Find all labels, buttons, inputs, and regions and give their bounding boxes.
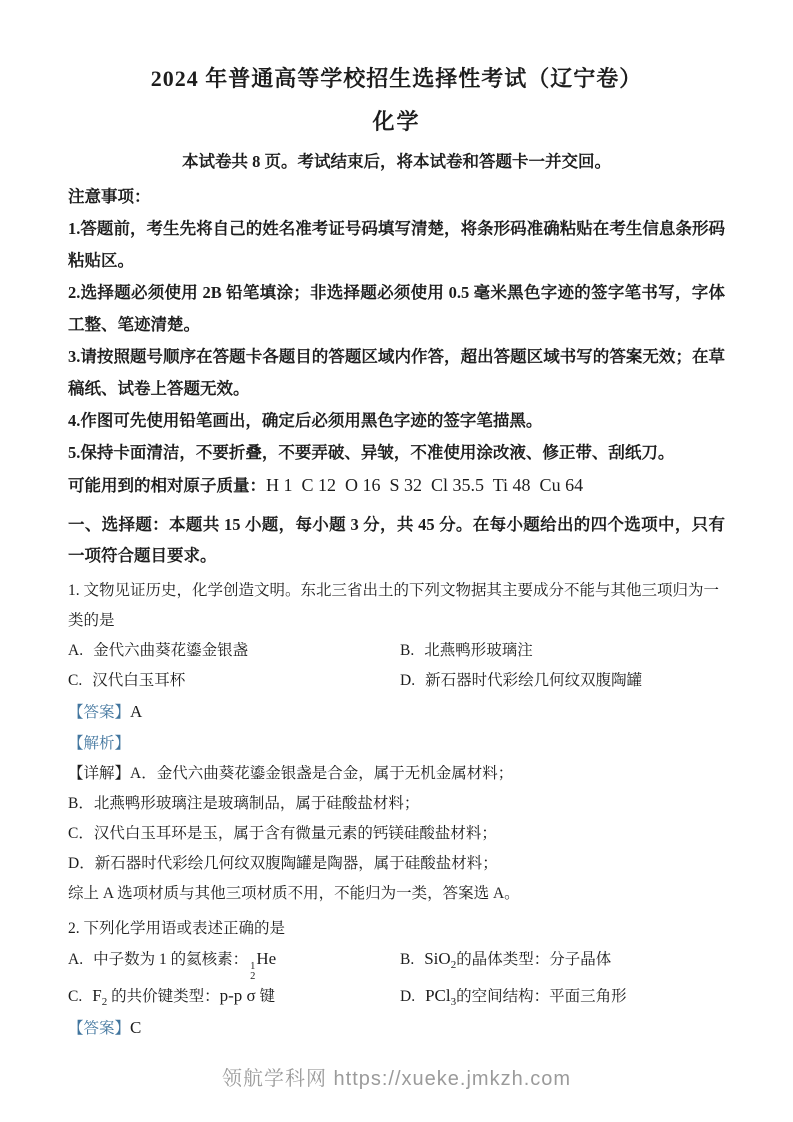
option-label: D. <box>400 672 415 689</box>
option-text: 北燕鸭形玻璃注 <box>424 642 533 659</box>
option-label: C. <box>68 988 82 1005</box>
subject-title: 化学 <box>68 107 725 137</box>
question-1-stem: 1. 文物见证历史，化学创造文明。东北三省出土的下列文物据其主要成分不能与其他三… <box>68 576 725 636</box>
option-label: B. <box>400 642 414 659</box>
option-text: 金代六曲葵花鎏金银盏 <box>93 642 248 659</box>
question-1-analysis-line: 【解析】 <box>68 729 725 759</box>
notices-section: 注意事项： 1.答题前，考生先将自己的姓名准考证号码填写清楚，将条形码准确粘贴在… <box>68 181 725 469</box>
analysis-marker: 【解析】 <box>68 735 130 752</box>
option-text: 新石器时代彩绘几何纹双腹陶罐 <box>425 672 642 689</box>
chemical-formula: He <box>256 949 276 968</box>
question-1-detail-b: B．北燕鸭形玻璃注是玻璃制品，属于硅酸盐材料； <box>68 789 725 819</box>
option-text: 的空间结构：平面三角形 <box>456 988 627 1005</box>
option-text: 键 <box>256 988 275 1005</box>
footer-watermark: 领航学科网 https://xueke.jmkzh.com <box>0 1062 793 1091</box>
option-label: A. <box>68 951 83 968</box>
notice-item-2: 2.选择题必须使用 2B 铅笔填涂；非选择题必须使用 0.5 毫米黑色字迹的签字… <box>68 277 725 341</box>
question-1-options-row-1: A.金代六曲葵花鎏金银盏 B.北燕鸭形玻璃注 <box>68 636 725 666</box>
option-text: 中子数为 1 的氦核素： <box>93 951 248 968</box>
option-label: A. <box>68 642 83 659</box>
document-content: 2024 年普通高等学校招生选择性考试（辽宁卷） 化学 本试卷共 8 页。考试结… <box>0 0 793 1044</box>
option-q1-c: C.汉代白玉耳杯 <box>68 666 400 696</box>
option-label: C. <box>68 672 82 689</box>
option-q2-d: D.PCl3的空间结构：平面三角形 <box>400 981 725 1012</box>
question-2-stem: 2. 下列化学用语或表述正确的是 <box>68 914 725 944</box>
atomic-mass-values: H 1 C 12 O 16 S 32 Cl 35.5 Ti 48 Cu 64 <box>266 475 583 495</box>
question-area: 1. 文物见证历史，化学创造文明。东北三省出土的下列文物据其主要成分不能与其他三… <box>68 576 725 1044</box>
chemical-formula: SiO <box>424 949 450 968</box>
notice-heading: 注意事项： <box>68 181 725 213</box>
option-text: 汉代白玉耳杯 <box>92 672 185 689</box>
exam-note: 本试卷共 8 页。考试结束后，将本试卷和答题卡一并交回。 <box>68 150 725 174</box>
chemical-formula: PCl <box>425 986 451 1005</box>
option-q1-b: B.北燕鸭形玻璃注 <box>400 636 725 666</box>
option-text: 的晶体类型：分子晶体 <box>456 951 611 968</box>
section-one-heading: 一、选择题：本题共 15 小题，每小题 3 分，共 45 分。在每小题给出的四个… <box>68 509 725 571</box>
question-1-conclusion: 综上 A 选项材质与其他三项材质不用，不能归为一类，答案选 A。 <box>68 879 725 909</box>
option-label: B. <box>400 951 414 968</box>
page-title: 2024 年普通高等学校招生选择性考试（辽宁卷） <box>68 64 725 94</box>
option-q1-a: A.金代六曲葵花鎏金银盏 <box>68 636 400 666</box>
question-1-detail-a: 【详解】A．金代六曲葵花鎏金银盏是合金，属于无机金属材料； <box>68 759 725 789</box>
option-label: D. <box>400 988 415 1005</box>
notice-item-1: 1.答题前，考生先将自己的姓名准考证号码填写清楚，将条形码准确粘贴在考生信息条形… <box>68 213 725 277</box>
option-q2-c: C.F2 的共价键类型：p-p σ 键 <box>68 981 400 1012</box>
option-q2-b: B.SiO2的晶体类型：分子晶体 <box>400 944 725 981</box>
answer-marker: 【答案】 <box>68 1020 130 1037</box>
answer-marker: 【答案】 <box>68 704 130 721</box>
detail-marker: 【详解】 <box>68 765 130 782</box>
option-text: 的共价键类型： <box>107 988 219 1005</box>
question-1-detail-d: D．新石器时代彩绘几何纹双腹陶罐是陶器，属于硅酸盐材料； <box>68 849 725 879</box>
exam-document-page: 2024 年普通高等学校招生选择性考试（辽宁卷） 化学 本试卷共 8 页。考试结… <box>0 0 793 1122</box>
answer-value: A <box>130 702 142 721</box>
atomic-mass-label: 可能用到的相对原子质量： <box>68 476 266 495</box>
notice-item-5: 5.保持卡面清洁，不要折叠，不要弄破、异皱，不准使用涂改液、修正带、刮纸刀。 <box>68 437 725 469</box>
answer-value: C <box>130 1018 141 1037</box>
question-1-answer-line: 【答案】A <box>68 697 725 728</box>
chemical-formula: F <box>92 986 101 1005</box>
question-2-answer-line: 【答案】C <box>68 1013 725 1044</box>
isotope-subscript: 2 <box>250 972 255 982</box>
question-2-options-row-2: C.F2 的共价键类型：p-p σ 键 D.PCl3的空间结构：平面三角形 <box>68 981 725 1012</box>
question-1-detail-c: C．汉代白玉耳环是玉，属于含有微量元素的钙镁硅酸盐材料； <box>68 819 725 849</box>
notice-item-3: 3.请按照题号顺序在答题卡各题目的答题区域内作答，超出答题区域书写的答案无效；在… <box>68 341 725 405</box>
option-q2-a: A.中子数为 1 的氦核素：12He <box>68 944 400 981</box>
notice-item-4: 4.作图可先使用铅笔画出，确定后必须用黑色字迹的签字笔描黑。 <box>68 405 725 437</box>
question-2-options-row-1: A.中子数为 1 的氦核素：12He B.SiO2的晶体类型：分子晶体 <box>68 944 725 981</box>
atomic-mass-line: 可能用到的相对原子质量：H 1 C 12 O 16 S 32 Cl 35.5 T… <box>68 469 725 502</box>
isotope-script: 12 <box>250 962 255 981</box>
option-q1-d: D.新石器时代彩绘几何纹双腹陶罐 <box>400 666 725 696</box>
bond-notation: p-p σ <box>220 986 256 1005</box>
question-1-options-row-2: C.汉代白玉耳杯 D.新石器时代彩绘几何纹双腹陶罐 <box>68 666 725 696</box>
